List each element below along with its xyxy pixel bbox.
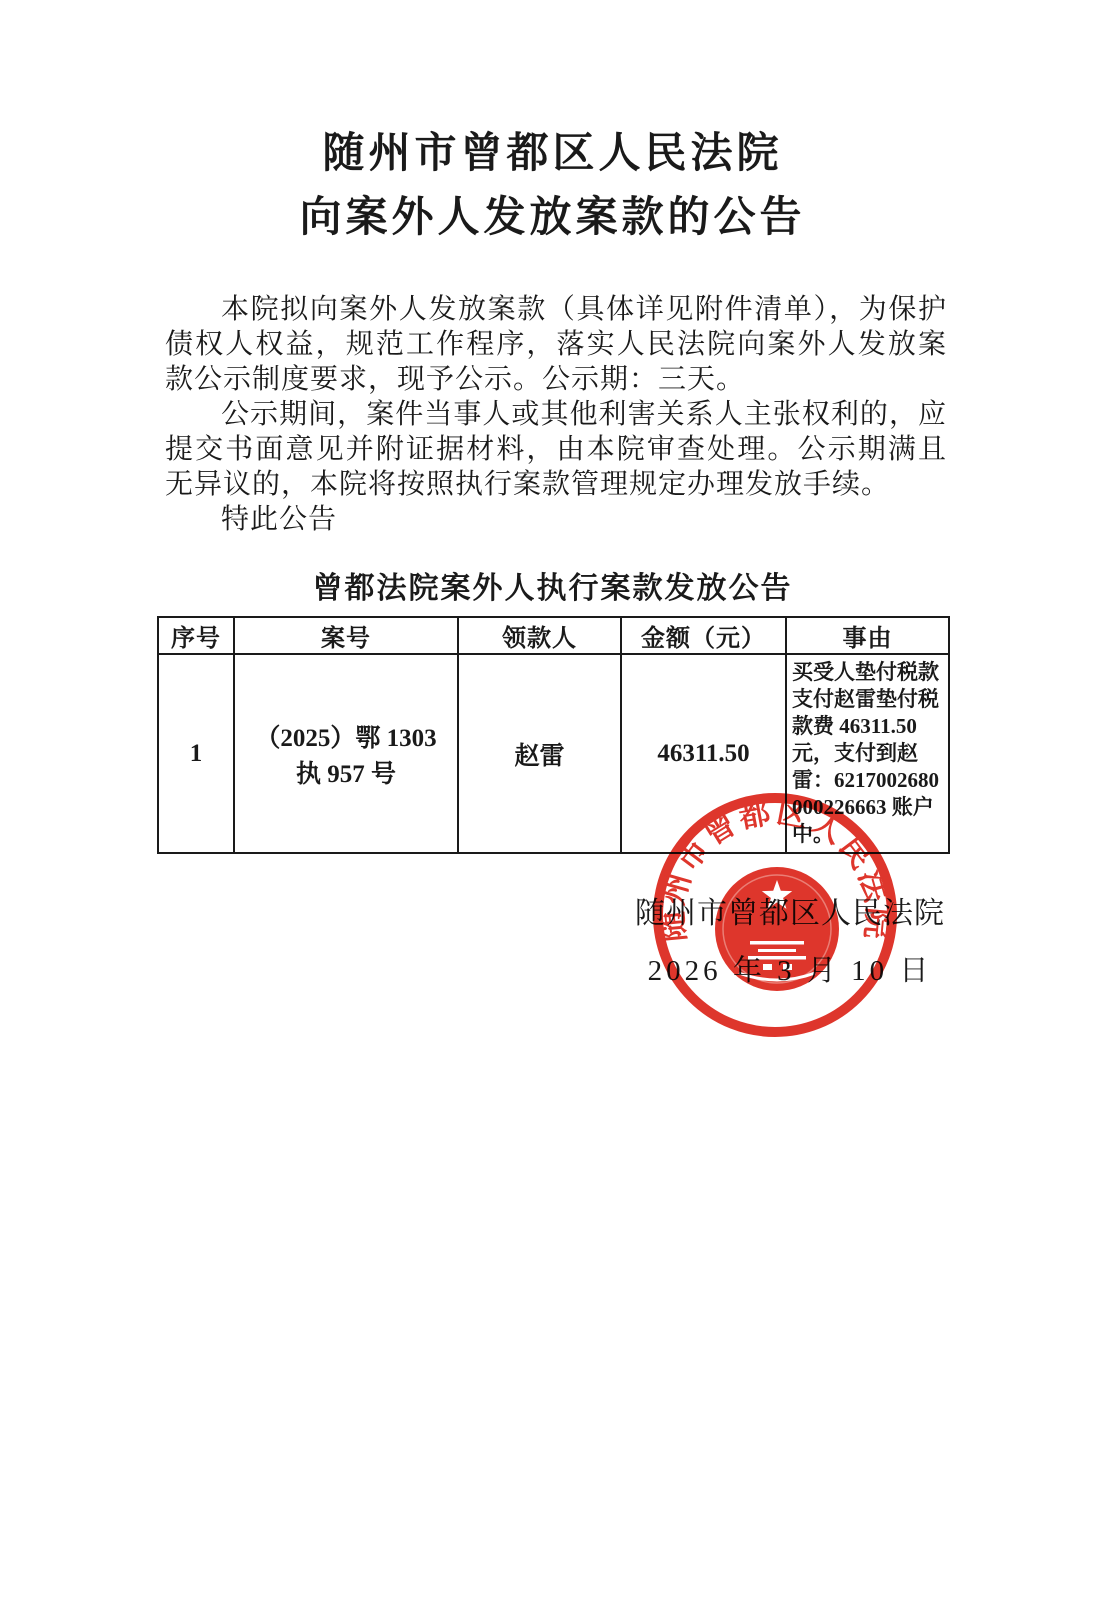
header-payee: 领款人 [458, 617, 621, 654]
announcement-body: 本院拟向案外人发放案款（具体详见附件清单），为保护债权人权益，规范工作程序，落实… [165, 292, 947, 537]
paragraph-1: 本院拟向案外人发放案款（具体详见附件清单），为保护债权人权益，规范工作程序，落实… [165, 292, 947, 397]
doc-title-line1: 随州市曾都区人民法院 [0, 126, 1105, 182]
document-page: 随州市曾都区人民法院 向案外人发放案款的公告 本院拟向案外人发放案款（具体详见附… [0, 0, 1105, 1600]
table-header-row: 序号 案号 领款人 金额（元） 事由 [158, 617, 949, 654]
doc-title-line2: 向案外人发放案款的公告 [0, 190, 1105, 246]
header-amount: 金额（元） [621, 617, 786, 654]
header-seq: 序号 [158, 617, 234, 654]
cell-seq: 1 [158, 654, 234, 853]
header-case-no: 案号 [234, 617, 458, 654]
closing-line: 特此公告 [165, 502, 947, 537]
table-caption: 曾都法院案外人执行案款发放公告 [157, 563, 948, 607]
official-court-seal: 随州市曾都区人民法院 [648, 788, 902, 1042]
cell-case-no: （2025）鄂 1303 执 957 号 [234, 654, 458, 853]
title-block: 随州市曾都区人民法院 向案外人发放案款的公告 [0, 0, 1105, 246]
paragraph-2: 公示期间，案件当事人或其他利害关系人主张权利的，应提交书面意见并附证据材料，由本… [165, 397, 947, 502]
cell-payee: 赵雷 [458, 654, 621, 853]
national-emblem-icon [715, 867, 839, 991]
header-reason: 事由 [786, 617, 949, 654]
